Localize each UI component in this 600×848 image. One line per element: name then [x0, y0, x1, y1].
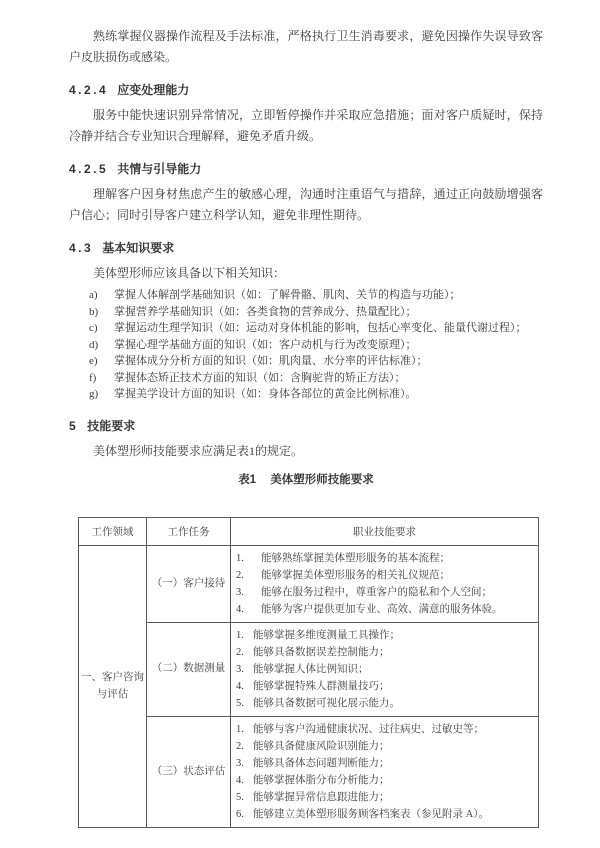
list-text: 掌握体成分分析方面的知识（如：肌肉量、水分率的评估标准）；	[114, 354, 543, 370]
chapter-title: 技能要求	[87, 417, 135, 434]
item-text: 能够掌握美体塑形服务的相关礼仪规范；	[261, 567, 534, 584]
knowledge-item-g: g) 掌握美学设计方面的知识（如：身体各部位的黄金比例标准）。	[69, 387, 543, 403]
item-number: 1.	[236, 721, 253, 738]
skill-item: 4.能够掌握体脂分布分析能力；	[236, 772, 534, 789]
item-number: 4.	[236, 772, 253, 789]
list-text: 掌握美学设计方面的知识（如：身体各部位的黄金比例标准）。	[114, 387, 543, 403]
table-row: （二）数据测量 1.能够掌握多维度测量工具操作； 2.能够具备数据误差控制能力；…	[79, 622, 539, 716]
work-task-cell: （二）数据测量	[147, 622, 231, 716]
list-marker: d)	[89, 338, 114, 354]
skill-item: 1.能够与客户沟通健康状况、过往病史、过敏史等；	[236, 721, 534, 738]
skill-requirements-cell: 1.能够掌握多维度测量工具操作； 2.能够具备数据误差控制能力； 3.能够掌握人…	[231, 622, 539, 716]
knowledge-item-b: b) 掌握营养学基础知识（如：各类食物的营养成分、热量配比）；	[69, 305, 543, 321]
section-title: 共情与引导能力	[117, 160, 201, 177]
skill-item: 5.能够掌握异常信息跟进能力；	[236, 789, 534, 806]
skills-table: 工作领域 工作任务 职业技能要求 一、客户咨询与评估 （一）客户接待 1.能够熟…	[78, 517, 539, 828]
knowledge-item-c: c) 掌握运动生理学知识（如：运动对身体机能的影响，包括心率变化、能量代谢过程）…	[69, 321, 543, 337]
knowledge-item-d: d) 掌握心理学基础方面的知识（如：客户动机与行为改变原理）；	[69, 338, 543, 354]
knowledge-intro: 美体塑形师应该具备以下相关知识：	[69, 263, 543, 284]
item-text: 能够掌握多维度测量工具操作；	[253, 627, 534, 644]
list-text: 掌握体态矫正技术方面的知识（如：含胸驼背的矫正方法）；	[114, 371, 543, 387]
knowledge-item-a: a) 掌握人体解剖学基础知识（如：了解骨骼、肌肉、关节的构造与功能）；	[69, 288, 543, 304]
knowledge-item-f: f) 掌握体态矫正技术方面的知识（如：含胸驼背的矫正方法）；	[69, 371, 543, 387]
chapter-5-paragraph: 美体塑形师技能要求应满足表1的规定。	[69, 441, 543, 462]
list-text: 掌握心理学基础方面的知识（如：客户动机与行为改变原理）；	[114, 338, 543, 354]
section-title: 基本知识要求	[102, 239, 174, 256]
section-number: 4.2.4	[69, 83, 108, 97]
item-text: 能够在服务过程中，尊重客户的隐私和个人空间；	[261, 584, 534, 601]
item-number: 4.	[236, 678, 253, 695]
knowledge-item-e: e) 掌握体成分分析方面的知识（如：肌肉量、水分率的评估标准）；	[69, 354, 543, 370]
section-number: 4.3	[69, 241, 93, 255]
list-text: 掌握人体解剖学基础知识（如：了解骨骼、肌肉、关节的构造与功能）；	[114, 288, 543, 304]
item-text: 能够具备数据误差控制能力；	[253, 644, 534, 661]
list-text: 掌握营养学基础知识（如：各类食物的营养成分、热量配比）；	[114, 305, 543, 321]
skill-requirements-cell: 1.能够与客户沟通健康状况、过往病史、过敏史等； 2.能够具备健康风险识别能力；…	[231, 716, 539, 827]
skill-item: 1.能够掌握多维度测量工具操作；	[236, 627, 534, 644]
item-text: 能够为客户提供更加专业、高效、满意的服务体验。	[261, 601, 534, 618]
table-caption: 表1 美体塑形师技能要求	[69, 471, 543, 487]
section-number: 4.2.5	[69, 162, 108, 176]
column-header-work-domain: 工作领域	[79, 517, 147, 545]
item-text: 能够掌握特殊人群测量技巧；	[253, 678, 534, 695]
knowledge-list: a) 掌握人体解剖学基础知识（如：了解骨骼、肌肉、关节的构造与功能）； b) 掌…	[69, 288, 543, 403]
section-paragraph-4-2-4: 服务中能快速识别异常情况，立即暂停操作并采取应急措施；面对客户质疑时，保持冷静并…	[69, 105, 543, 147]
section-heading-4-3: 4.3 基本知识要求	[69, 239, 543, 256]
skill-item: 2.能够具备数据误差控制能力；	[236, 644, 534, 661]
item-text: 能够具备数据可视化展示能力。	[253, 695, 534, 712]
work-task-cell: （一）客户接待	[147, 545, 231, 622]
intro-paragraph: 熟练掌握仪器操作流程及手法标准，严格执行卫生消毒要求，避免因操作失误导致客户皮肤…	[69, 26, 543, 68]
item-text: 能够熟练掌握美体塑形服务的基本流程；	[261, 550, 534, 567]
item-number: 3.	[236, 661, 253, 678]
list-marker: c)	[89, 321, 114, 337]
item-number: 2.	[236, 567, 261, 584]
item-number: 2.	[236, 738, 253, 755]
document-page: 熟练掌握仪器操作流程及手法标准，严格执行卫生消毒要求，避免因操作失误导致客户皮肤…	[0, 0, 600, 848]
skill-item: 5.能够具备数据可视化展示能力。	[236, 695, 534, 712]
item-number: 1.	[236, 550, 261, 567]
table-row: 一、客户咨询与评估 （一）客户接待 1.能够熟练掌握美体塑形服务的基本流程； 2…	[79, 545, 539, 622]
item-number: 6.	[236, 806, 253, 823]
skill-item: 3.能够在服务过程中，尊重客户的隐私和个人空间；	[236, 584, 534, 601]
chapter-heading-5: 5 技能要求	[69, 417, 543, 434]
item-number: 1.	[236, 627, 253, 644]
item-text: 能够与客户沟通健康状况、过往病史、过敏史等；	[253, 721, 534, 738]
skill-item: 3.能够掌握人体比例知识；	[236, 661, 534, 678]
section-paragraph-4-2-5: 理解客户因身材焦虑产生的敏感心理，沟通时注重语气与措辞，通过正向鼓励增强客户信心…	[69, 184, 543, 226]
column-header-skill-requirements: 职业技能要求	[231, 517, 539, 545]
item-number: 2.	[236, 644, 253, 661]
skill-requirements-cell: 1.能够熟练掌握美体塑形服务的基本流程； 2.能够掌握美体塑形服务的相关礼仪规范…	[231, 545, 539, 622]
item-number: 5.	[236, 695, 253, 712]
list-marker: f)	[89, 371, 114, 387]
table-caption-label: 表1	[238, 474, 256, 486]
skill-item: 6.能够建立美体塑形服务顾客档案表（参见附录 A）。	[236, 806, 534, 823]
list-marker: a)	[89, 288, 114, 304]
section-heading-4-2-5: 4.2.5 共情与引导能力	[69, 160, 543, 177]
skill-item: 4.能够掌握特殊人群测量技巧；	[236, 678, 534, 695]
skill-item: 4.能够为客户提供更加专业、高效、满意的服务体验。	[236, 601, 534, 618]
list-marker: g)	[89, 387, 114, 403]
item-number: 5.	[236, 789, 253, 806]
table-caption-title: 美体塑形师技能要求	[270, 474, 374, 486]
item-number: 3.	[236, 755, 253, 772]
item-text: 能够具备健康风险识别能力；	[253, 738, 534, 755]
item-number: 4.	[236, 601, 261, 618]
section-heading-4-2-4: 4.2.4 应变处理能力	[69, 81, 543, 98]
skill-item: 1.能够熟练掌握美体塑形服务的基本流程；	[236, 550, 534, 567]
list-text: 掌握运动生理学知识（如：运动对身体机能的影响，包括心率变化、能量代谢过程）；	[114, 321, 543, 337]
skill-item: 2.能够具备健康风险识别能力；	[236, 738, 534, 755]
item-text: 能够掌握人体比例知识；	[253, 661, 534, 678]
work-domain-cell: 一、客户咨询与评估	[79, 545, 147, 827]
table-row: （三）状态评估 1.能够与客户沟通健康状况、过往病史、过敏史等； 2.能够具备健…	[79, 716, 539, 827]
table-header-row: 工作领域 工作任务 职业技能要求	[79, 517, 539, 545]
item-text: 能够建立美体塑形服务顾客档案表（参见附录 A）。	[253, 806, 534, 823]
skill-item: 2.能够掌握美体塑形服务的相关礼仪规范；	[236, 567, 534, 584]
item-number: 3.	[236, 584, 261, 601]
skill-item: 3.能够具备体态问题判断能力；	[236, 755, 534, 772]
item-text: 能够掌握异常信息跟进能力；	[253, 789, 534, 806]
section-title: 应变处理能力	[117, 81, 189, 98]
work-task-cell: （三）状态评估	[147, 716, 231, 827]
item-text: 能够具备体态问题判断能力；	[253, 755, 534, 772]
chapter-number: 5	[69, 419, 78, 433]
list-marker: e)	[89, 354, 114, 370]
item-text: 能够掌握体脂分布分析能力；	[253, 772, 534, 789]
list-marker: b)	[89, 305, 114, 321]
column-header-work-task: 工作任务	[147, 517, 231, 545]
